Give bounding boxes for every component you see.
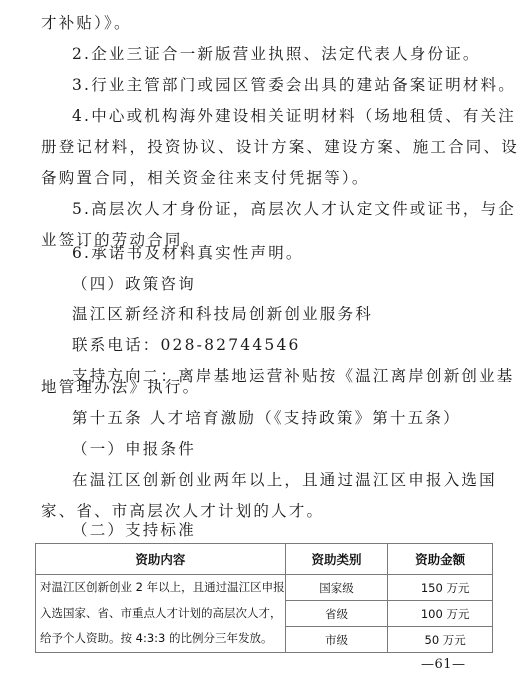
- text-line: 温江区新经济和科技局创新创业服务科: [72, 304, 373, 324]
- content-line: 入选国家、省、市重点人才计划的高层次人才，: [40, 601, 285, 627]
- page-number: —61—: [421, 657, 466, 672]
- section-heading: （四）政策咨询: [72, 274, 196, 294]
- content-line: 对温江区创新创业 2 年以上，且通过温江区申报: [40, 575, 285, 601]
- category-cell: 省级: [285, 601, 388, 627]
- text-line: 6.承诺书及材料真实性声明。: [72, 243, 304, 263]
- text-line: 2.企业三证合一新版营业执照、法定代表人身份证。: [72, 44, 481, 64]
- text-line: 家、省、市高层次人才计划的人才。: [41, 501, 324, 521]
- header-category: 资助类别: [285, 544, 388, 575]
- text-line: 5.高层次人才身份证，高层次人才认定文件或证书，与企: [72, 199, 516, 219]
- header-amount: 资助金额: [388, 544, 493, 575]
- header-content: 资助内容: [36, 544, 286, 575]
- amount-cell: 150 万元: [388, 575, 493, 601]
- category-cell: 国家级: [285, 575, 388, 601]
- table-row: 对温江区创新创业 2 年以上，且通过温江区申报 入选国家、省、市重点人才计划的高…: [36, 575, 493, 601]
- text-line: 3.行业主管部门或园区管委会出具的建站备案证明材料。: [72, 75, 516, 95]
- text-line: 才补贴）》。: [41, 13, 132, 33]
- funding-table: 资助内容 资助类别 资助金额 对温江区创新创业 2 年以上，且通过温江区申报 入…: [35, 543, 493, 653]
- contact-phone: 联系电话：028-82744546: [72, 335, 301, 355]
- amount-cell: 100 万元: [388, 601, 493, 627]
- text-line: 册登记材料，投资协议、设计方案、建设方案、施工合同、设: [41, 137, 519, 157]
- section-heading: （二）支持标准: [72, 520, 196, 540]
- text-line: 备购置合同，相关资金往来支付凭据等）。: [41, 168, 370, 188]
- article-heading: 第十五条 人才培育激励（《支持政策》第十五条）: [72, 408, 461, 428]
- section-heading: （一）申报条件: [72, 439, 196, 459]
- text-line: 地管理办法》执行。: [41, 377, 200, 397]
- text-line: 在温江区创新创业两年以上，且通过温江区申报入选国: [72, 470, 497, 490]
- text-line: 4.中心或机构海外建设相关证明材料（场地租赁、有关注: [72, 106, 516, 126]
- content-cell: 对温江区创新创业 2 年以上，且通过温江区申报 入选国家、省、市重点人才计划的高…: [36, 575, 286, 653]
- table-header-row: 资助内容 资助类别 资助金额: [36, 544, 493, 575]
- amount-cell: 50 万元: [388, 627, 493, 653]
- category-cell: 市级: [285, 627, 388, 653]
- content-line: 给予个人资助。按 4:3:3 的比例分三年发放。: [40, 626, 285, 652]
